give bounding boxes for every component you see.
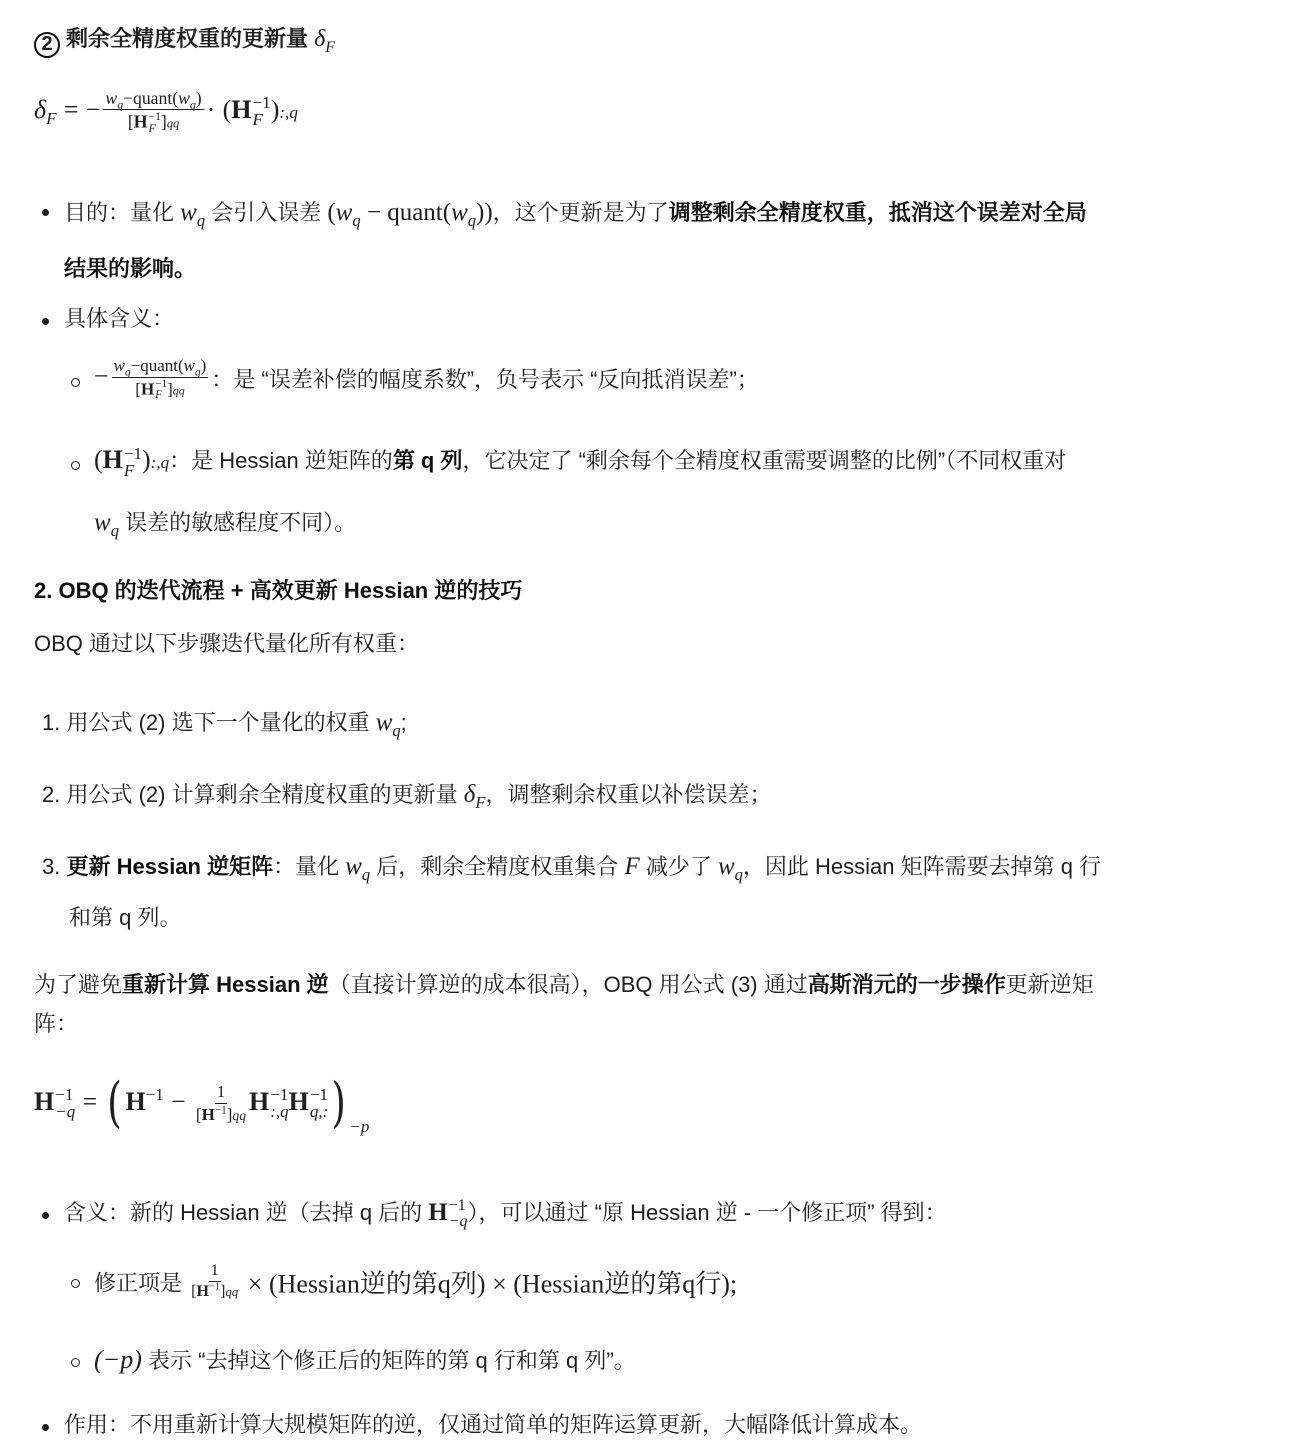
circle-bullet-icon [71,1279,80,1288]
explain-correction: 修正项是 1[H−1]qq × (Hessian逆的第q列) × (Hessia… [94,1262,737,1302]
bullet-icon [42,318,49,325]
purpose-line2: 结果的影响。 [64,252,196,283]
explain-effect: 作用：不用重新计算大规模矩阵的逆，仅通过简单的矩阵运算更新，大幅降低计算成本。 [64,1408,922,1439]
gauss-paragraph-line2: 阵： [34,1007,78,1038]
meaning-sub2-line2: wq 误差的敏感程度不同）。 [94,506,356,537]
bullet-icon [42,1212,49,1219]
formula-delta-f: δF = −wq−quant(wq)[H−1F]qq· (H−1F):,q [34,88,298,135]
circled-number: 2 [34,32,60,58]
circle-bullet-icon [71,461,80,470]
section2-heading: 2. OBQ 的迭代流程 + 高效更新 Hessian 逆的技巧 [34,574,522,605]
explain-neg-p: (−p) 表示 “去掉这个修正后的矩阵的第 q 行和第 q 列”。 [94,1344,636,1375]
explain-meaning: 含义：新的 Hessian 逆（去掉 q 后的 H−1−q），可以通过 “原 H… [64,1196,947,1230]
step-3: 3. 更新 Hessian 逆矩阵：量化 wq 后，剩余全精度权重集合 F 减少… [42,850,1101,881]
delta-symbol: δF [314,26,335,52]
bullet-icon [42,209,49,216]
circle-bullet-icon [71,1358,80,1367]
meaning-sub2: (H−1F):,q：是 Hessian 逆矩阵的第 q 列，它决定了 “剩余每个… [94,444,1066,479]
purpose-line1: 目的：量化 wq 会引入误差 (wq − quant(wq))，这个更新是为了调… [64,196,1087,227]
section-heading: 2剩余全精度权重的更新量 δF [34,22,335,58]
step-3-line2: 和第 q 列。 [69,901,181,932]
step-2: 2. 用公式 (2) 计算剩余全精度权重的更新量 δF，调整剩余权重以补偿误差； [42,778,771,809]
heading-text: 剩余全精度权重的更新量 [66,26,308,51]
document-page: 2剩余全精度权重的更新量 δF δF = −wq−quant(wq)[H−1F]… [0,0,1290,1456]
step-1: 1. 用公式 (2) 选下一个量化的权重 wq; [42,706,407,737]
meaning-label: 具体含义： [64,302,174,333]
section2-intro: OBQ 通过以下步骤迭代量化所有权重： [34,627,419,658]
meaning-sub1: −wq−quant(wq)[H−1F]qq：是 “误差补偿的幅度系数”，负号表示… [94,356,759,401]
bullet-icon [42,1424,49,1431]
gauss-paragraph: 为了避免重新计算 Hessian 逆（直接计算逆的成本很高），OBQ 用公式 (… [34,968,1094,999]
circle-bullet-icon [71,378,80,387]
formula-hessian-update: H−1−q = (H−1 − 1[H−1]qqH−1:,qH−1q,:)−p [34,1076,369,1137]
